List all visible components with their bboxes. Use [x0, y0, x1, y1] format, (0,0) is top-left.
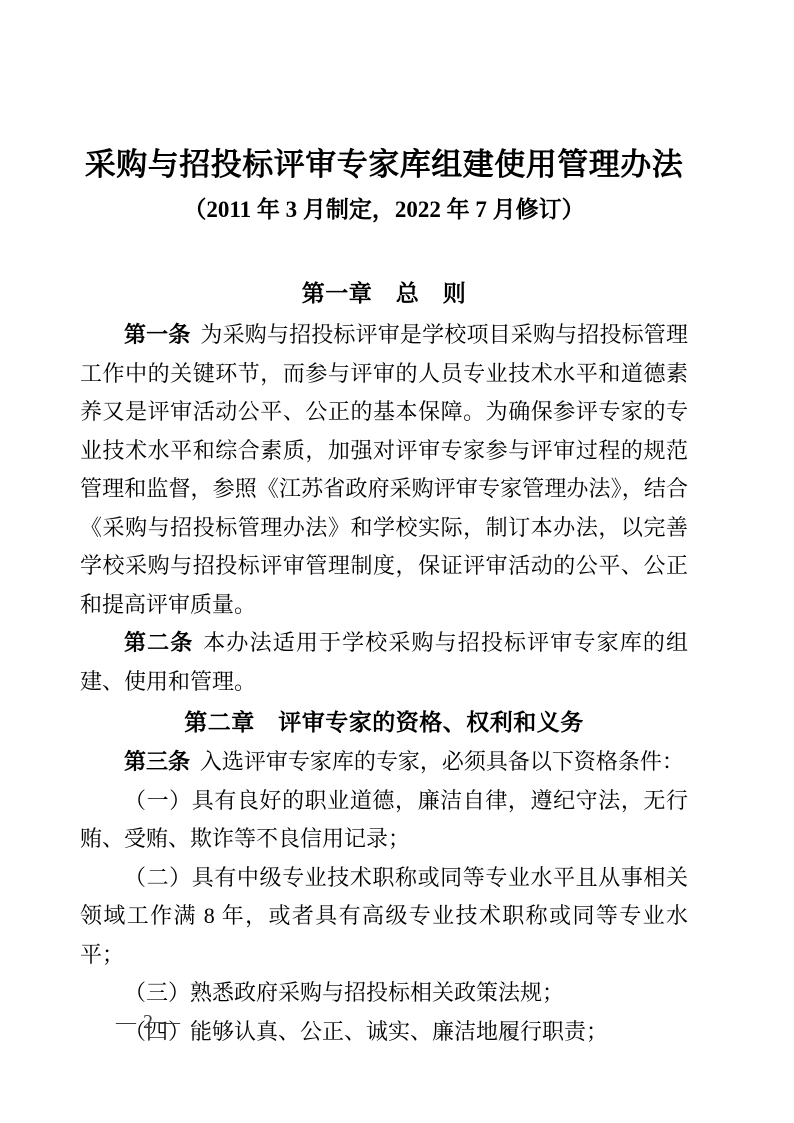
article-3-item-1: （一）具有良好的职业道德，廉洁自律，遵纪守法，无行贿、受贿、欺诈等不良信用记录； [80, 782, 688, 859]
article-2-paragraph: 第二条本办法适用于学校采购与招投标评审专家库的组建、使用和管理。 [80, 624, 688, 701]
article-3-item-2-text: （二）具有中级专业技术职称或同等专业水平且从事相关领域工作满 8 年，或者具有高… [80, 865, 688, 967]
chapter-2-body: 第三条入选评审专家库的专家，必须具备以下资格条件： （一）具有良好的职业道德，廉… [80, 743, 688, 1051]
article-3-text: 入选评审专家库的专家，必须具备以下资格条件： [200, 749, 684, 774]
document-page: 采购与招投标评审专家库组建使用管理办法 （2011 年 3 月制定，2022 年… [0, 0, 794, 1123]
article-2-label: 第二条 [124, 630, 193, 655]
article-3-label: 第三条 [124, 749, 190, 774]
article-1-label: 第一条 [124, 322, 191, 347]
article-3-item-4-text: （四）能够认真、公正、诚实、廉洁地履行职责； [124, 1019, 608, 1044]
page-number: — 2 — [116, 1010, 181, 1034]
document-subtitle: （2011 年 3 月制定，2022 年 7 月修订） [80, 196, 688, 224]
document-content: 采购与招投标评审专家库组建使用管理办法 （2011 年 3 月制定，2022 年… [80, 0, 688, 1051]
article-3-paragraph: 第三条入选评审专家库的专家，必须具备以下资格条件： [80, 743, 688, 782]
chapter-2-heading: 第二章 评审专家的资格、权利和义务 [80, 701, 688, 743]
article-3-item-1-text: （一）具有良好的职业道德，廉洁自律，遵纪守法，无行贿、受贿、欺诈等不良信用记录； [80, 788, 688, 852]
document-title: 采购与招投标评审专家库组建使用管理办法 [80, 146, 688, 184]
article-3-item-3-text: （三）熟悉政府采购与招投标相关政策法规； [124, 980, 564, 1005]
chapter-1-body: 第一条为采购与招投标评审是学校项目采购与招投标管理工作中的关键环节，而参与评审的… [80, 316, 688, 701]
article-3-item-2: （二）具有中级专业技术职称或同等专业水平且从事相关领域工作满 8 年，或者具有高… [80, 859, 688, 975]
article-3-item-3: （三）熟悉政府采购与招投标相关政策法规； [80, 974, 688, 1013]
article-1-paragraph: 第一条为采购与招投标评审是学校项目采购与招投标管理工作中的关键环节，而参与评审的… [80, 316, 688, 624]
article-1-text: 为采购与招投标评审是学校项目采购与招投标管理工作中的关键环节，而参与评审的人员专… [80, 322, 688, 617]
chapter-1-heading: 第一章 总 则 [80, 277, 688, 309]
